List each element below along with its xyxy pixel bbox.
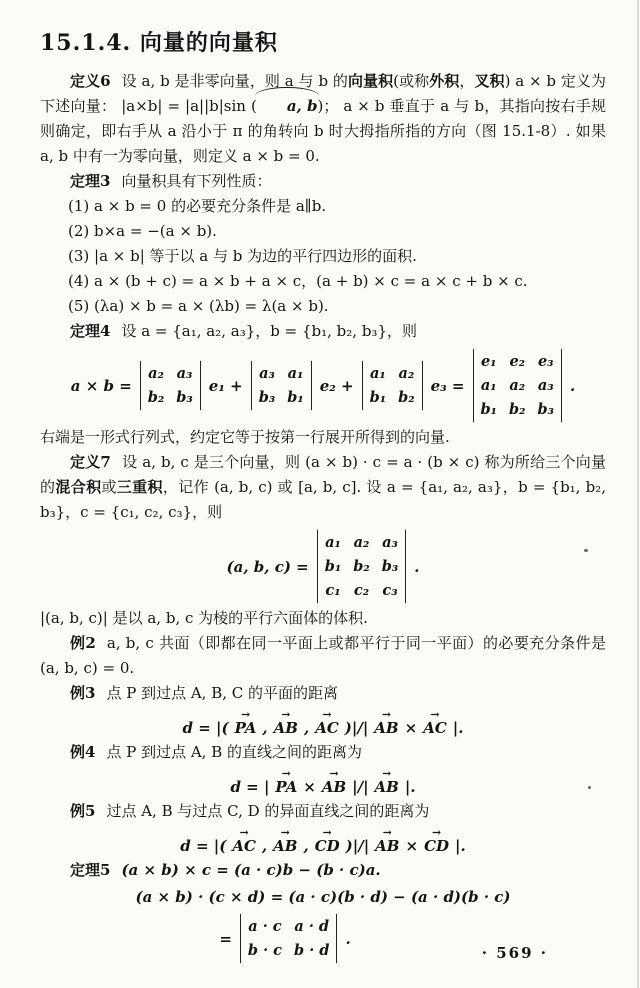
formula-part: ×: [405, 719, 418, 737]
mixed-product-determinant-formula: (a, b, c) = a₁a₂a₃b₁b₂b₃c₁c₂c₃ .: [40, 525, 606, 606]
det-cell: c₂: [353, 580, 370, 601]
determinant-3x3-mixed: a₁a₂a₃b₁b₂b₃c₁c₂c₃: [317, 530, 407, 603]
example-5-text: 过点 A, B 与过点 C, D 的异面直线之间的距离为: [106, 802, 429, 820]
definition-6-text-1: 设 a, b 是非零向量，则 a 与 b 的: [122, 72, 348, 90]
property-item-1: (1) a × b = 0 的必要充分条件是 a∥b.: [40, 194, 606, 219]
vector-AC: AC: [315, 719, 339, 737]
det-cell: c₁: [325, 580, 342, 601]
formula-part: ,: [262, 719, 267, 737]
formula-line: (a × b) · (c × d) = (a · c)(b · d) − (a …: [135, 888, 510, 906]
definition-6-label: 定义6: [70, 72, 111, 90]
formula-end-punct: .: [345, 930, 350, 948]
term-cross-product: 向量积: [348, 72, 393, 90]
vector-AB: AB: [375, 778, 399, 796]
formula-lhs: (a, b, c) =: [227, 558, 309, 576]
formula-part: ,: [262, 837, 267, 855]
vector-AB: AB: [375, 837, 399, 855]
formula-end-punct: .: [570, 377, 575, 395]
theorem-3-intro: 向量积具有下列性质：: [121, 172, 271, 190]
det-cell: b₃: [382, 556, 399, 577]
det-cell: a · c: [248, 916, 282, 937]
det-cell: b₂: [509, 399, 526, 420]
det-cell: b₂: [148, 387, 165, 408]
page-number: · 569 ·: [482, 944, 548, 962]
formula-part: ,: [304, 719, 309, 737]
det-cell: e₃: [538, 351, 555, 372]
det-cell: a₃: [538, 375, 555, 396]
formula-part: d = |: [230, 778, 269, 796]
definition-7-label: 定义7: [70, 453, 111, 471]
example-3-text: 点 P 到过点 A, B, C 的平面的距离: [106, 684, 338, 702]
det-cell: b₃: [176, 387, 193, 408]
example-3-heading: 例3点 P 到过点 A, B, C 的平面的距离: [40, 681, 606, 706]
example-5-formula: d = |(AC, AB, CD)|/|AB × CD|.: [40, 824, 606, 858]
formula-part: )|/|: [346, 837, 370, 855]
theorem-5-label: 定理5: [70, 861, 110, 879]
det-cell: a₃: [259, 363, 276, 384]
equals-sign: =: [219, 930, 232, 948]
example-4-text: 点 P 到过点 A, B 的直线之间的距离为: [106, 743, 362, 761]
theorem-4-intro: 设 a = {a₁, a₂, a₃}，b = {b₁, b₂, b₃}，则: [121, 322, 417, 340]
cross-product-determinant-formula: a × b = a₂a₃b₂b₃ e₁ + a₃a₁b₃b₁ e₂ + a₁a₂…: [40, 344, 606, 425]
vector-AB: AB: [274, 719, 298, 737]
det-cell: e₁: [481, 351, 498, 372]
example-3-label: 例3: [70, 684, 95, 702]
formula-part: d = |(: [183, 719, 229, 737]
scan-edge-line: [637, 0, 639, 988]
property-item-3: (3) |a × b| 等于以 a 与 b 为边的平行四边形的面积.: [40, 244, 606, 269]
det-cell: a₁: [481, 375, 498, 396]
theorem-3-heading: 定理3向量积具有下列性质：: [40, 169, 606, 194]
formula-part: ,: [303, 837, 308, 855]
section-title: 15.1.4. 向量的向量积: [40, 26, 606, 57]
example-4-formula: d = |PA × AB|/|AB|.: [40, 765, 606, 799]
det-cell: a₂: [509, 375, 526, 396]
example-5-label: 例5: [70, 802, 95, 820]
vector-AB: AB: [273, 837, 297, 855]
det-cell: b₁: [287, 387, 304, 408]
det-cell: a₁: [287, 363, 304, 384]
determinant-3x3-symbolic: e₁e₂e₃a₁a₂a₃b₁b₂b₃: [473, 349, 563, 422]
formula-lhs: a × b =: [71, 377, 132, 395]
det-cell: a₃: [382, 532, 399, 553]
det-cell: e₂: [509, 351, 526, 372]
det-cell: b₃: [259, 387, 276, 408]
definition-6-text-2: (或称: [393, 72, 429, 90]
example-3-formula: d = |(PA, AB, AC)|/|AB × AC|.: [40, 706, 606, 740]
scan-speck: [588, 786, 591, 789]
formula-mid-2: e₂ +: [320, 377, 354, 395]
theorem-5-heading: 定理5(a × b) × c = (a · c)b − (b · c)a.: [40, 858, 606, 883]
vector-AB: AB: [322, 778, 346, 796]
property-item-5: (5) (λa) × b = a × (λb) = λ(a × b).: [40, 294, 606, 319]
formula-mid-3: e₃ =: [431, 377, 465, 395]
determinant-2x2-dot-products: a · ca · db · cb · d: [240, 914, 338, 963]
vector-PA: PA: [275, 778, 297, 796]
det-cell: a · d: [294, 916, 329, 937]
theorem-4-heading: 定理4设 a = {a₁, a₂, a₃}，b = {b₁, b₂, b₃}，则: [40, 319, 606, 344]
det-cell: b₁: [325, 556, 342, 577]
det-cell: a₁: [370, 363, 387, 384]
term-outer-product: 外积: [429, 72, 459, 90]
example-4-heading: 例4点 P 到过点 A, B 的直线之间的距离为: [40, 740, 606, 765]
property-item-4: (4) a × (b + c) = a × b + a × c，(a + b) …: [40, 269, 606, 294]
formula-part: |.: [405, 778, 416, 796]
theorem-4-note: 右端是一形式行列式，约定它等于按第一行展开所得到的向量.: [40, 425, 606, 450]
det-cell: b · d: [294, 940, 329, 961]
property-item-2: (2) b×a = −(a × b).: [40, 219, 606, 244]
formula-part: d = |(: [180, 837, 226, 855]
det-cell: a₃: [176, 363, 193, 384]
definition-7-note: |(a, b, c)| 是以 a, b, c 为棱的平行六面体的体积.: [40, 606, 606, 631]
theorem-3-label: 定理3: [70, 172, 110, 190]
det-cell: a₂: [398, 363, 415, 384]
formula-part: |.: [453, 719, 464, 737]
definition-6-paragraph: 定义6设 a, b 是非零向量，则 a 与 b 的向量积(或称外积，叉积) a …: [40, 69, 606, 169]
det-cell: b₂: [398, 387, 415, 408]
det-cell: b₂: [353, 556, 370, 577]
formula-part: |.: [455, 837, 466, 855]
det-cell: a₂: [148, 363, 165, 384]
example-2-paragraph: 例2a, b, c 共面（即都在同一平面上或都平行于同一平面）的必要充分条件是 …: [40, 631, 606, 681]
scan-speck: [584, 549, 588, 552]
book-page: 15.1.4. 向量的向量积 定义6设 a, b 是非零向量，则 a 与 b 的…: [0, 0, 640, 966]
vector-PA: PA: [235, 719, 257, 737]
det-cell: c₃: [382, 580, 399, 601]
formula-part: ×: [406, 837, 419, 855]
example-2-text: a, b, c 共面（即都在同一平面上或都平行于同一平面）的必要充分条件是 (a…: [40, 634, 606, 677]
det-cell: b₁: [481, 399, 498, 420]
angle-hat-notation: a, b: [257, 94, 318, 119]
determinant-2x2-second: a₃a₁b₃b₁: [251, 361, 312, 410]
vector-AC: AC: [423, 719, 447, 737]
det-cell: a₂: [353, 532, 370, 553]
vector-CD: CD: [315, 837, 340, 855]
det-cell: b₁: [370, 387, 387, 408]
det-cell: a₁: [325, 532, 342, 553]
formula-mid-1: e₁ +: [209, 377, 243, 395]
example-5-heading: 例5过点 A, B 与过点 C, D 的异面直线之间的距离为: [40, 799, 606, 824]
determinant-2x2-third: a₁a₂b₁b₂: [362, 361, 423, 410]
term-mixed-product: 混合积: [55, 478, 101, 496]
example-2-label: 例2: [70, 634, 96, 652]
lagrange-identity-formula: (a × b) · (c × d) = (a · c)(b · d) − (a …: [40, 883, 606, 909]
det-cell: b₃: [538, 399, 555, 420]
definition-7-paragraph: 定义7设 a, b, c 是三个向量，则 (a × b) · c = a · (…: [40, 450, 606, 525]
formula-end-punct: .: [414, 558, 419, 576]
determinant-2x2-first: a₂a₃b₂b₃: [140, 361, 201, 410]
det-cell: b · c: [248, 940, 282, 961]
term-cross-product-alt: 叉积: [474, 72, 504, 90]
theorem-4-label: 定理4: [70, 322, 110, 340]
formula-part: )|/|: [345, 719, 369, 737]
vector-CD: CD: [424, 837, 449, 855]
vector-AC: AC: [232, 837, 256, 855]
vector-AB: AB: [374, 719, 398, 737]
theorem-5-identity-1: (a × b) × c = (a · c)b − (b · c)a.: [121, 861, 380, 879]
example-4-label: 例4: [70, 743, 95, 761]
definition-7-text-2: 或: [101, 478, 116, 496]
term-triple-product: 三重积: [117, 478, 163, 496]
definition-6-text-3: ，: [459, 72, 474, 90]
formula-part: |/|: [352, 778, 368, 796]
formula-part: ×: [303, 778, 316, 796]
